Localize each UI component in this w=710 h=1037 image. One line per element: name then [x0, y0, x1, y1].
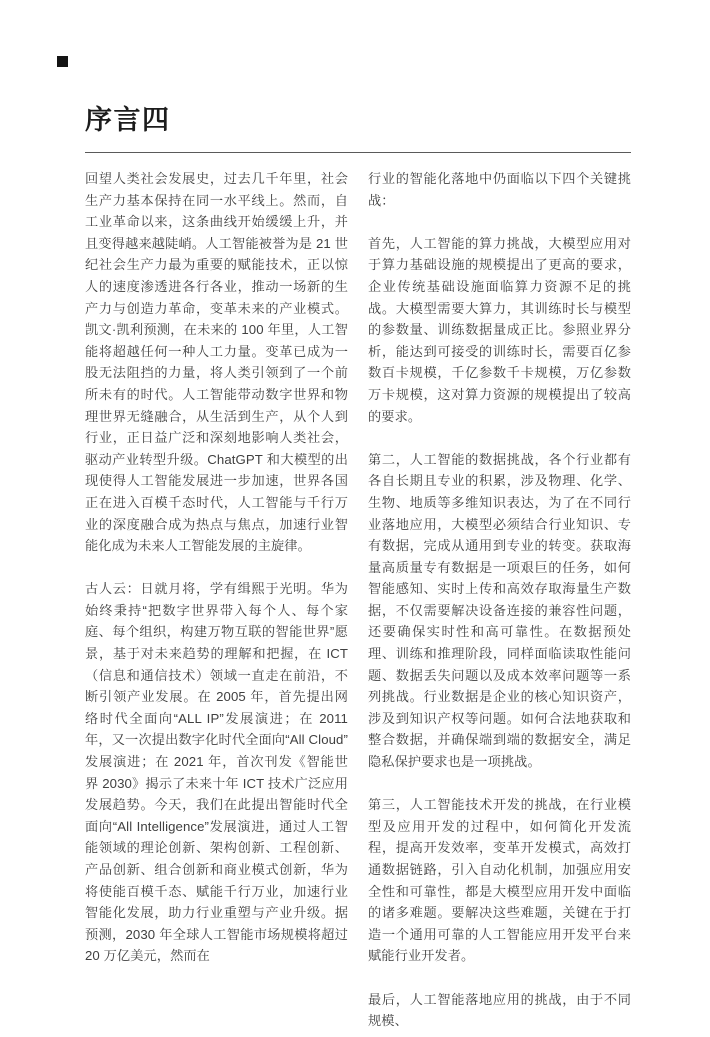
document-page: 序言四 回望人类社会发展史，过去几千年里，社会生产力基本保持在同一水平线上。然而…: [0, 0, 710, 1037]
paragraph: 首先，人工智能的算力挑战，大模型应用对于算力基础设施的规模提出了更高的要求，企业…: [368, 233, 631, 427]
paragraph: 第二，人工智能的数据挑战，各个行业都有各自长期且专业的积累，涉及物理、化学、生物…: [368, 449, 631, 773]
left-text-column: 回望人类社会发展史，过去几千年里，社会生产力基本保持在同一水平线上。然而，自工业…: [85, 168, 348, 1032]
paragraph: 第三，人工智能技术开发的挑战，在行业模型及应用开发的过程中，如何简化开发流程，提…: [368, 794, 631, 967]
paragraph: 行业的智能化落地中仍面临以下四个关键挑战：: [368, 168, 631, 211]
page-content: 序言四 回望人类社会发展史，过去几千年里，社会生产力基本保持在同一水平线上。然而…: [85, 102, 631, 1032]
title-divider-line: [85, 152, 631, 153]
page-corner-mark: [57, 56, 68, 67]
two-column-text-layout: 回望人类社会发展史，过去几千年里，社会生产力基本保持在同一水平线上。然而，自工业…: [85, 168, 631, 1032]
paragraph: 古人云：日就月将，学有缉熙于光明。华为始终秉持“把数字世界带入每个人、每个家庭、…: [85, 578, 348, 967]
paragraph: 最后，人工智能落地应用的挑战，由于不同规模、: [368, 989, 631, 1032]
page-title: 序言四: [85, 102, 631, 138]
paragraph: 回望人类社会发展史，过去几千年里，社会生产力基本保持在同一水平线上。然而，自工业…: [85, 168, 348, 557]
right-text-column: 行业的智能化落地中仍面临以下四个关键挑战： 首先，人工智能的算力挑战，大模型应用…: [368, 168, 631, 1032]
